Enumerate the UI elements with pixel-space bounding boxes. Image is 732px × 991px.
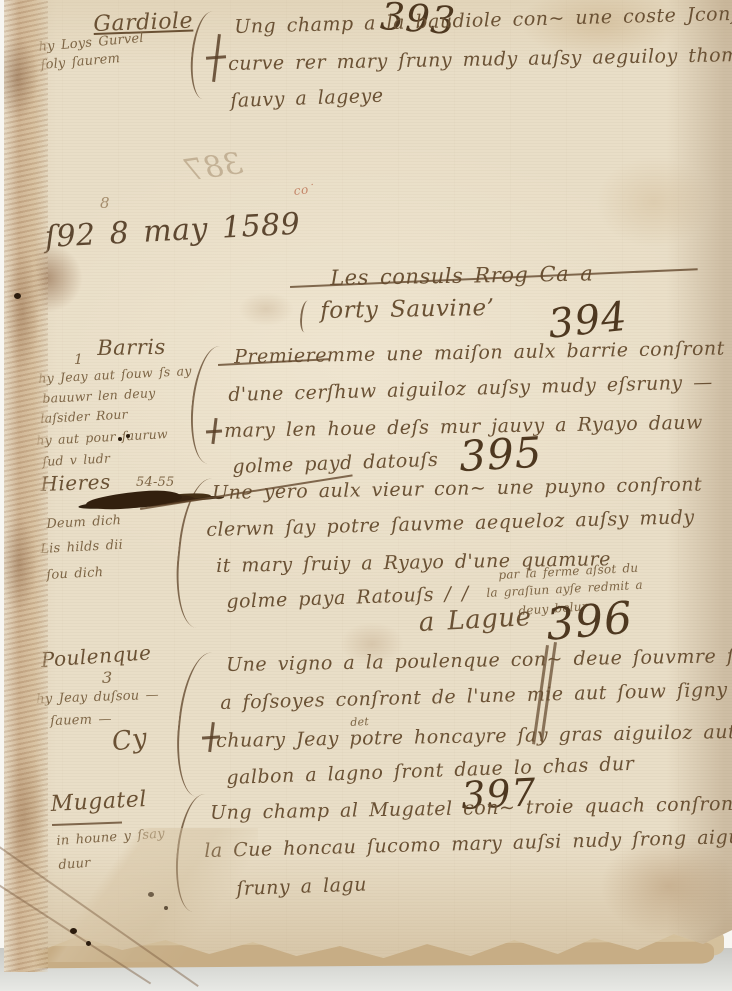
ghost-mark: co˙	[293, 182, 316, 198]
underline-mark	[52, 822, 122, 826]
margin-note: bauuwr len deuy	[42, 385, 156, 406]
stain	[596, 156, 712, 248]
ink-speck	[164, 906, 168, 910]
book-binding-edge	[4, 0, 48, 972]
margin-label-hieres: Hieres	[40, 470, 111, 496]
text-line: ſruny a lagu	[236, 873, 367, 900]
brace-mark	[186, 344, 230, 465]
margin-note: laſsider Rour	[40, 406, 128, 426]
text-line: Ung champ a la baudiole con~ une coste J…	[234, 1, 732, 38]
text-line: Ung champ al Mugatel con~ troie quach co…	[210, 793, 732, 824]
pen-flourish: 8	[100, 194, 110, 212]
manuscript-page: 393 Gardiole hy Loys Gurvel ſoly ſaurem …	[0, 0, 732, 991]
text-line: Premieremme une maiſon aulx barrie conſr…	[234, 337, 725, 368]
ink-speck	[14, 293, 21, 299]
date-line: ſ92 8 may 1589	[44, 207, 301, 255]
margin-note: hy Jeay duſsou —	[36, 688, 159, 707]
brace-mark	[299, 300, 318, 333]
ink-speck	[126, 434, 130, 438]
text-line: ſauvy a lageye	[230, 85, 384, 112]
subheading-a-lague: a Lague	[418, 602, 532, 638]
margin-note: Deum dich	[46, 513, 122, 532]
text-line: Une yero aulx vieur con~ une puyno conſr…	[212, 473, 702, 504]
margin-note: ſud v ludr	[42, 450, 110, 469]
ink-speck	[86, 941, 91, 946]
margin-note: ſauem —	[50, 712, 112, 729]
ink-speck	[118, 437, 122, 441]
cross-mark	[206, 418, 222, 444]
text-line: clerwn ſay potre ſauvme aequeloz auſsy m…	[206, 506, 695, 541]
section-heading: forty Sauvine’	[320, 295, 495, 324]
text-line: galbon a lagno ſront daue lo chas dur	[226, 753, 635, 789]
entry-number: 395	[458, 428, 544, 481]
margin-label-poulenque: Poulenque	[40, 640, 152, 672]
cross-mark	[206, 34, 226, 82]
margin-note: duur	[58, 856, 91, 873]
stain	[238, 292, 294, 326]
text-line: golme payd datouſs	[232, 449, 439, 478]
ink-speck	[148, 892, 154, 897]
ghost-number: 387	[182, 146, 245, 189]
margin-note: hy aut pour ſauruw	[36, 426, 168, 448]
margin-note: ſoly ſaurem	[40, 51, 121, 73]
margin-label-mugatel: Mugatel	[50, 787, 147, 817]
margin-note: Lis hilds dii	[40, 538, 123, 557]
margin-note: in houne y ſsay	[56, 826, 165, 849]
text-line: la Cue honcau ſucomo mary auſsi nudy ſro…	[204, 825, 732, 862]
text-line: curve rer mary ſruny mudy auſsy aeguiloy…	[228, 44, 732, 75]
margin-note: hy Loys Gurvel	[38, 31, 144, 55]
text-line: d'une cerſhuw aiguiloz auſsy mudy eſsrun…	[228, 371, 713, 406]
pen-flourish: Cy	[110, 723, 149, 758]
margin-label-barris: Barris	[97, 335, 166, 360]
margin-note: ſou dich	[46, 565, 104, 583]
ink-speck	[70, 928, 77, 934]
parchment-sheet: 393 Gardiole hy Loys Gurvel ſoly ſaurem …	[6, 0, 732, 960]
margin-mark: 1	[74, 352, 83, 368]
text-line: a foſsoyes conſront de l'une mie aut ſou…	[220, 678, 732, 714]
text-line: chuary Jeay potre honcayre ſay gras aigu…	[216, 721, 732, 752]
text-line: Une vigno a la poulenque con~ deue ſouvm…	[226, 645, 732, 676]
margin-mark: 3	[102, 668, 112, 687]
margin-label-sub: 54-55	[136, 475, 174, 490]
margin-note: hy Jeay aut ſouw ſs ay	[38, 363, 192, 386]
entry-number: 396	[544, 592, 635, 650]
